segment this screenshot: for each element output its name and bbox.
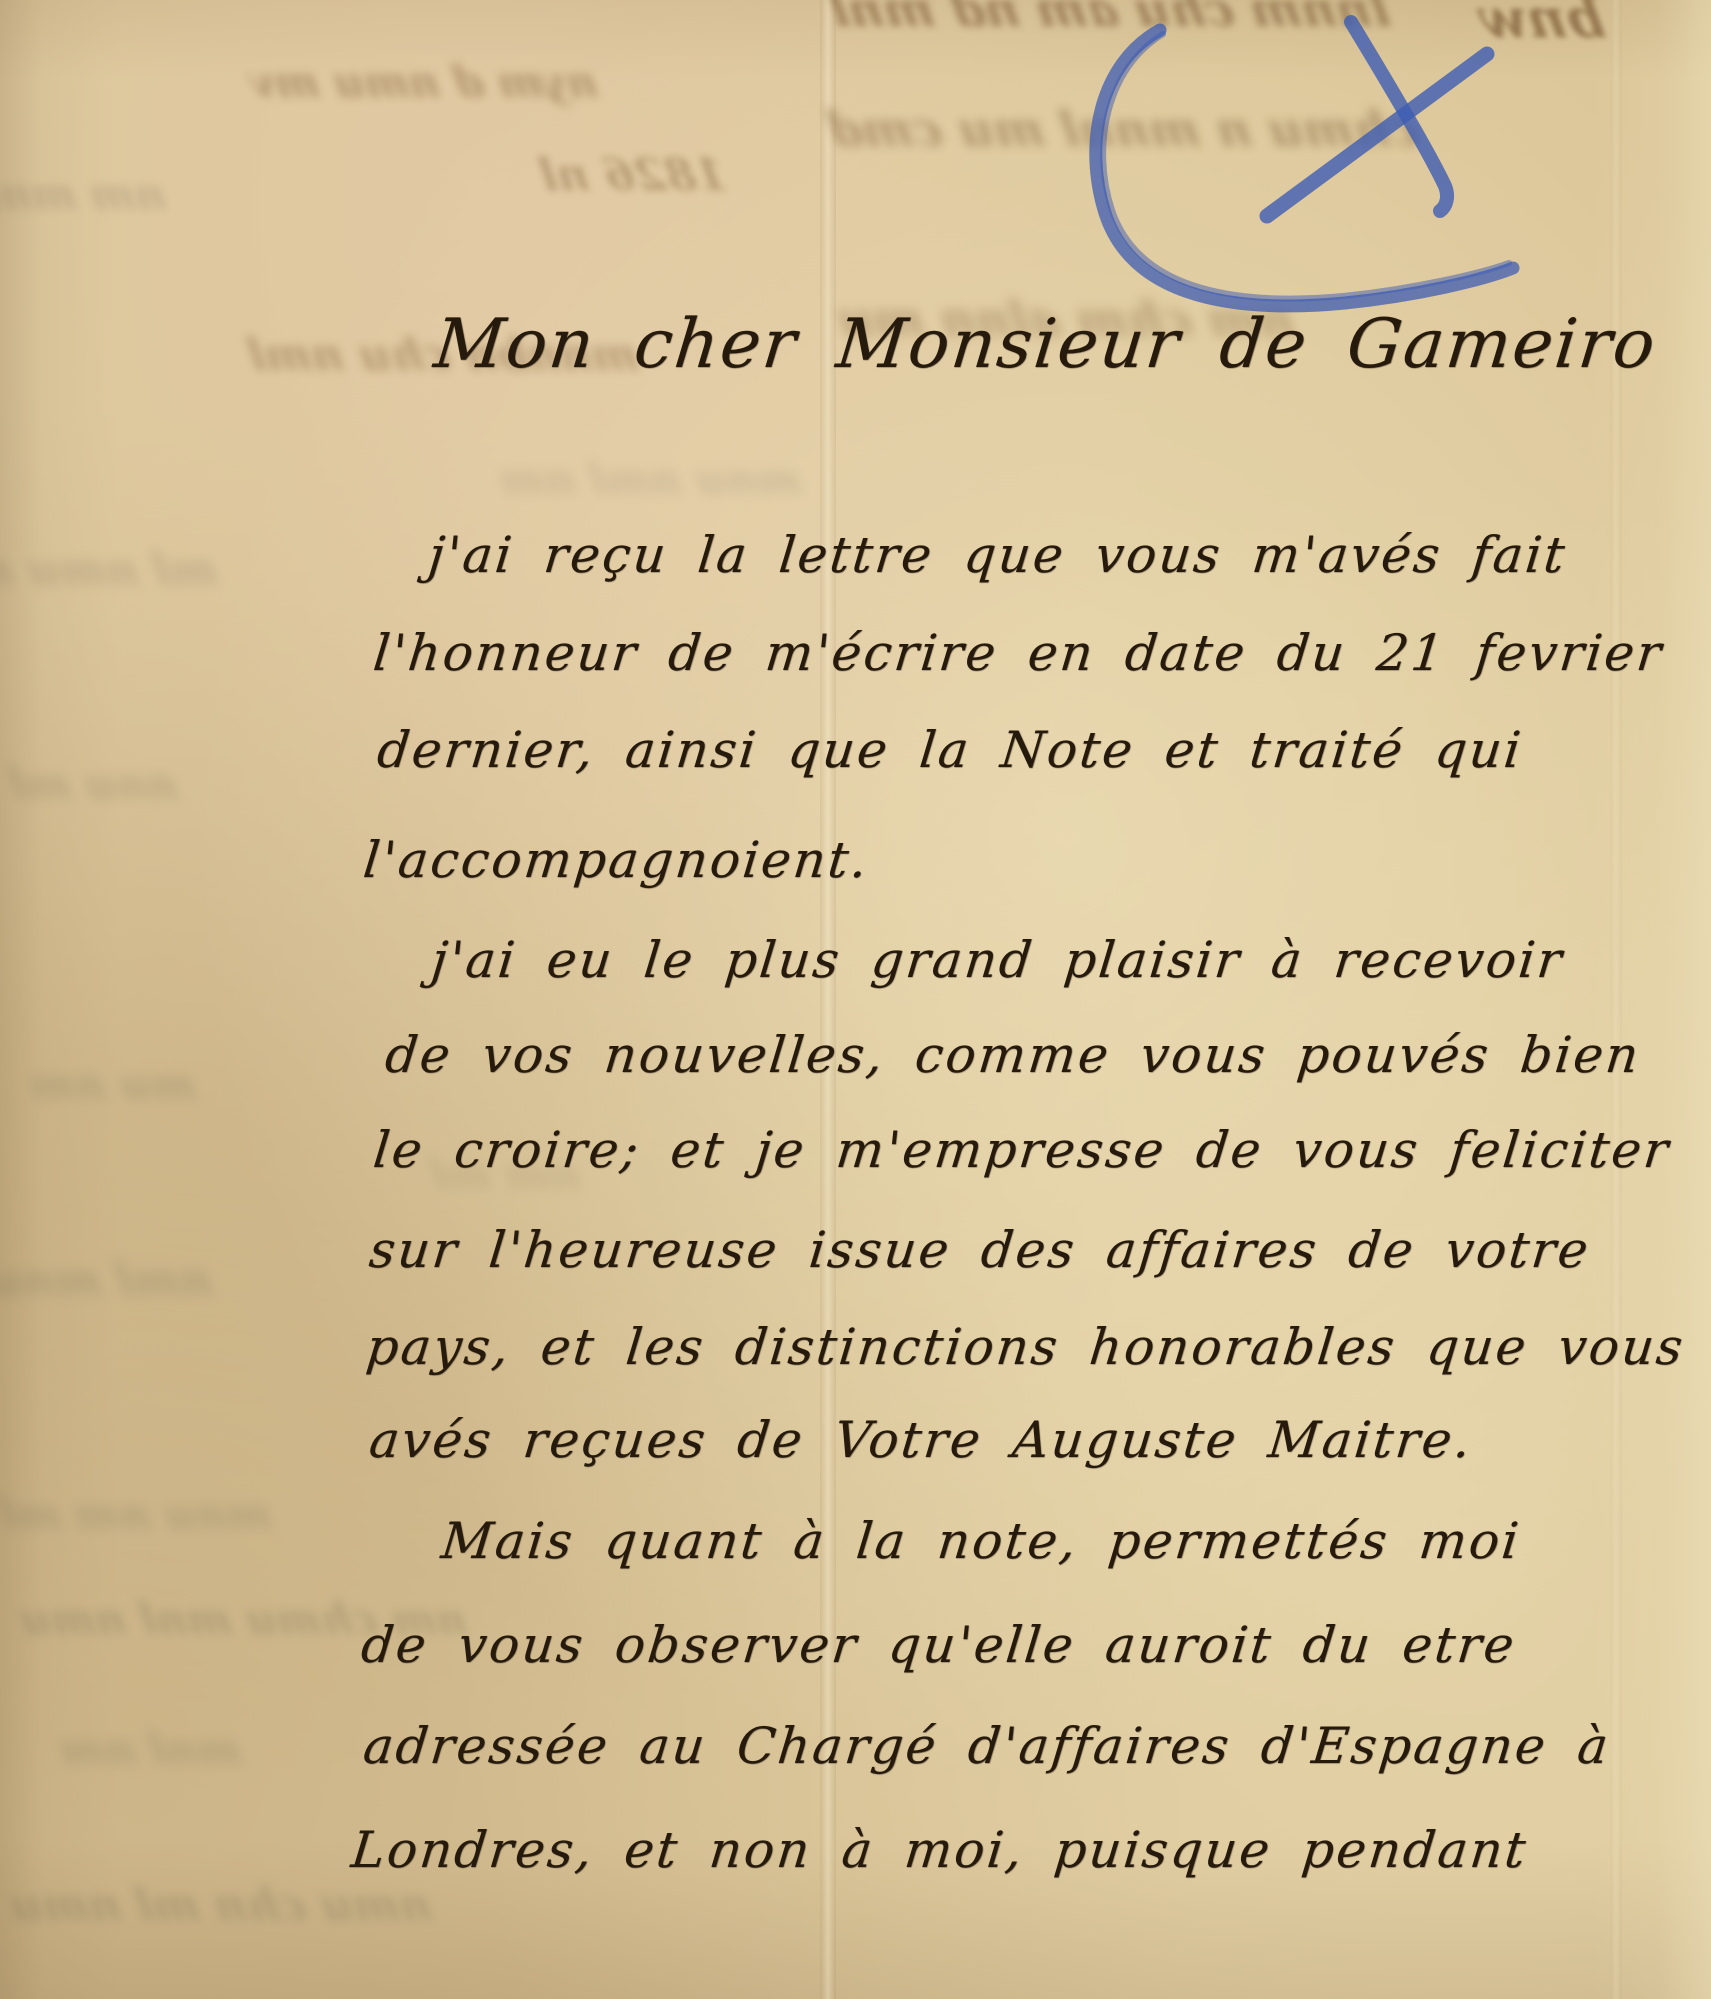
ghost-line: ml nmu n [0, 545, 221, 596]
ghost-line: nmu chn ml nmu [6, 1880, 436, 1931]
letter-body-line: l'accompagnoient. [360, 825, 873, 895]
letter-body-line: pays, et les distinctions honorables que… [363, 1312, 1688, 1382]
letter-body-line: l'honneur de m'écrire en date du 21 fevr… [370, 618, 1667, 688]
letter-body-line: sur l'heureuse issue des affaires de vot… [366, 1215, 1594, 1285]
ghost-line: bnw [1474, 0, 1609, 50]
letter-body-line: avés reçues de Votre Auguste Maitre. [366, 1405, 1476, 1475]
letter-body-line: Mais quant à la note, permettés moi [438, 1506, 1524, 1576]
crayon-circle-stroke [1096, 30, 1513, 306]
ghost-line: nym d nmu mv [246, 58, 602, 107]
letter-body-line: j'ai eu le plus grand plaisir à recevoir [428, 925, 1567, 995]
ghost-line: lnnm chu am nd mnl [825, 0, 1394, 38]
ghost-line: nnu ml [6, 760, 181, 809]
crayon-x-stroke-down [1351, 22, 1447, 211]
ghost-line: mnu nm ml [0, 1490, 274, 1539]
letter-body-line: de vous observer qu'elle auroit du etre [358, 1610, 1520, 1680]
letter-body-line: j'ai reçu la lettre que vous m'avés fait [425, 520, 1570, 590]
ghost-line: nm mnu [0, 170, 169, 219]
letter-body-line: Londres, et non à moi, puisque pendant [348, 1815, 1531, 1885]
ghost-line: mnu nml nm [496, 455, 805, 504]
letter-body-line: dernier, ainsi que la Note et traité qui [374, 715, 1526, 785]
letter-body-line: de vos nouvelles, comme vous pouvés bien [382, 1020, 1644, 1090]
salutation-line: Mon cher Monsieur de Gameiro [430, 300, 1661, 390]
blue-crayon-x-mark [1055, 8, 1535, 338]
ghost-line: nml mnu [0, 1255, 216, 1306]
letter-body-line: le croire; et je m'empresse de vous feli… [370, 1115, 1674, 1185]
letter-page: lnnm chu am nd mnl bnw nym d nmu mv chmu… [0, 0, 1711, 1999]
ghost-line: chmu n mnnl mu cmd [823, 102, 1423, 158]
letter-body-line: adressée au Chargé d'affaires d'Espagne … [360, 1711, 1614, 1781]
ghost-line: mnl nm [56, 1725, 245, 1774]
ghost-line: 1826 nl [536, 150, 731, 201]
ghost-line: mu nm [26, 1060, 199, 1109]
crayon-x-stroke-up [1267, 54, 1487, 216]
